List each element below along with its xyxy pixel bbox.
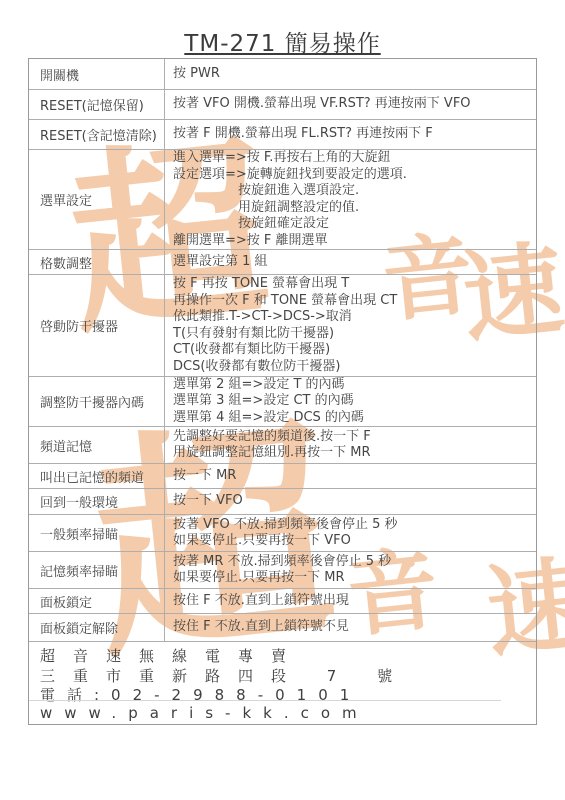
table-row-back-vfo: 回到一般環境 按一下 VFO [29, 488, 536, 514]
row-label: 頻道記憶 [29, 427, 165, 463]
table-row-tone-code: 調整防干擾器內碼 選單第 2 組=>設定 T 的內碼 選單第 3 組=>設定 C… [29, 376, 536, 426]
document-page: 超 音 速 超 音 速 TM-271 簡易操作 開關機 按 PWR RESET(… [0, 0, 565, 800]
footer-block: 超音速無線電專賣 三重市重新路四段 7 號 電話:02-2988-0101 ww… [29, 641, 536, 724]
row-label: 啓動防干擾器 [29, 275, 165, 376]
table-row-channel-memory: 頻道記憶 先調整好要記憶的頻道後.按一下 F 用旋鈕調整記憶組別.再按一下 MR [29, 426, 536, 463]
row-content: 按著 VFO 不放.掃到頻率後會停止 5 秒 如果要停止.只要再按一下 VFO [165, 515, 536, 551]
table-row-recall-memory: 叫出已記憶的頻道 按一下 MR [29, 463, 536, 488]
row-content: 進入選單=>按 F.再按右上角的大旋鈕 設定選項=>旋轉旋鈕找到要設定的選項. … [165, 150, 536, 249]
row-content: 按一下 MR [165, 464, 536, 488]
row-content: 選單設定第 1 組 [165, 250, 536, 274]
row-label: 調整防干擾器內碼 [29, 377, 165, 426]
row-content: 按著 VFO 開機.螢幕出現 VF.RST? 再連按兩下 VFO [165, 90, 536, 119]
table-row-reset-clear: RESET(含記憶清除) 按著 F 開機.螢幕出現 FL.RST? 再連按兩下 … [29, 119, 536, 149]
row-label: 格數調整 [29, 250, 165, 274]
footer-website: www.paris-kk.com [40, 704, 536, 722]
table-row-power: 開關機 按 PWR [29, 59, 536, 89]
row-label: RESET(含記憶清除) [29, 120, 165, 149]
row-content: 按 PWR [165, 59, 536, 89]
row-label: 叫出已記憶的頻道 [29, 464, 165, 488]
footer-divider [29, 700, 501, 701]
row-content: 按著 MR 不放.掃到頻率後會停止 5 秒 如果要停止.只要再按一下 MR [165, 552, 536, 588]
table-row-memory-scan: 記憶頻率掃瞄 按著 MR 不放.掃到頻率後會停止 5 秒 如果要停止.只要再按一… [29, 551, 536, 588]
table-row-reset-keep: RESET(記憶保留) 按著 VFO 開機.螢幕出現 VF.RST? 再連按兩下… [29, 89, 536, 119]
operation-table: 開關機 按 PWR RESET(記憶保留) 按著 VFO 開機.螢幕出現 VF.… [28, 58, 537, 725]
row-label: 面板鎖定 [29, 589, 165, 613]
table-row-grid-adjust: 格數調整 選單設定第 1 組 [29, 249, 536, 274]
footer-address: 三重市重新路四段 7 號 [40, 666, 536, 686]
table-row-vfo-scan: 一般頻率掃瞄 按著 VFO 不放.掃到頻率後會停止 5 秒 如果要停止.只要再按… [29, 514, 536, 551]
row-content: 選單第 2 組=>設定 T 的內碼 選單第 3 組=>設定 CT 的內碼 選單第… [165, 377, 536, 426]
row-label: 面板鎖定解除 [29, 614, 165, 641]
row-label: 選單設定 [29, 150, 165, 249]
row-label: 開關機 [29, 59, 165, 89]
page-title: TM-271 簡易操作 [0, 25, 565, 58]
table-row-menu-setting: 選單設定 進入選單=>按 F.再按右上角的大旋鈕 設定選項=>旋轉旋鈕找到要設定… [29, 149, 536, 249]
row-label: 記憶頻率掃瞄 [29, 552, 165, 588]
table-row-panel-unlock: 面板鎖定解除 按住 F 不放.直到上鎖符號不見 [29, 613, 536, 641]
row-content: 按一下 VFO [165, 489, 536, 514]
row-content: 按著 F 開機.螢幕出現 FL.RST? 再連按兩下 F [165, 120, 536, 149]
row-content: 按住 F 不放.直到上鎖符號出現 [165, 589, 536, 613]
footer-phone: 電話:02-2988-0101 [40, 686, 536, 704]
row-content: 按住 F 不放.直到上鎖符號不見 [165, 614, 536, 641]
table-row-panel-lock: 面板鎖定 按住 F 不放.直到上鎖符號出現 [29, 588, 536, 613]
table-row-tone-enable: 啓動防干擾器 按 F 再按 TONE 螢幕會出現 T 再操作一次 F 和 TON… [29, 274, 536, 376]
row-label: RESET(記憶保留) [29, 90, 165, 119]
footer-shop-name: 超音速無線電專賣 [40, 646, 536, 666]
row-content: 按 F 再按 TONE 螢幕會出現 T 再操作一次 F 和 TONE 螢幕會出現… [165, 275, 536, 376]
row-content: 先調整好要記憶的頻道後.按一下 F 用旋鈕調整記憶組別.再按一下 MR [165, 427, 536, 463]
row-label: 一般頻率掃瞄 [29, 515, 165, 551]
row-label: 回到一般環境 [29, 489, 165, 514]
